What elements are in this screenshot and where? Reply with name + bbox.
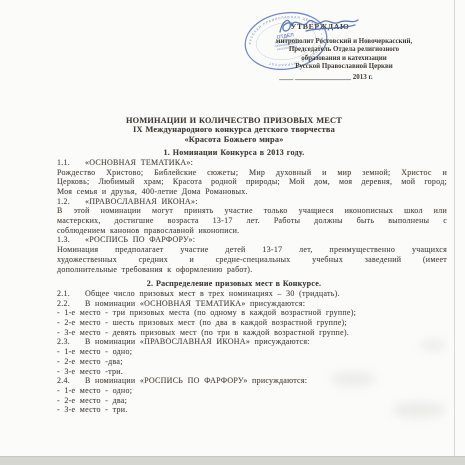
doc-text-line: Номинация предполагает участие детей 13-…: [57, 245, 447, 255]
clause-number: 2.1.: [57, 289, 70, 299]
clause-number: 1.1.: [57, 158, 70, 168]
doc-text-line: соблюдением канонов православной иконопи…: [57, 226, 447, 236]
clause-text: «ОСНОВНАЯ ТЕМАТИКА»:: [85, 158, 193, 167]
scan-page-bottom-edge: [0, 456, 465, 465]
doc-clause-line: 2.4.В номинации «РОСПИСЬ ПО ФАРФОРУ» при…: [57, 376, 447, 386]
signature-scribble-icon: [276, 14, 360, 40]
doc-text-line: мастерских, достигшие возраста 13-17 лет…: [57, 216, 447, 226]
doc-heading-line: 1. Номинации Конкурса в 2013 году.: [57, 148, 411, 158]
clause-text: «ПРАВОСЛАВНАЯ ИКОНА»:: [85, 197, 198, 206]
doc-clause-line: 2.3.В номинации «ПРАВОСЛАВНАЯ ИКОНА» при…: [57, 337, 447, 347]
doc-heading-line: IX Международного конкурса детского твор…: [57, 125, 411, 134]
document-body: НОМИНАЦИИ И КОЛИЧЕСТВО ПРИЗОВЫХ МЕСТIX М…: [57, 116, 447, 415]
signatory-line: Председатель Отдела религиозного: [230, 46, 458, 54]
clause-number: 2.4.: [57, 376, 70, 386]
doc-text-line: - 3-е место - три.: [57, 405, 447, 415]
doc-clause-line: 2.1.Общее число призовых мест в трех ном…: [57, 289, 447, 299]
doc-clause-line: 1.1.«ОСНОВНАЯ ТЕМАТИКА»:: [57, 158, 447, 168]
doc-text-line: - 2-е место - шесть призовых мест (по дв…: [57, 318, 447, 328]
doc-text-line: Церковь; Любимый храм; Красота родной пр…: [57, 177, 447, 187]
doc-text-line: - 1-е место - одно;: [57, 386, 447, 396]
scan-smudge: [330, 372, 376, 386]
doc-text-line: - 2-е место - два;: [57, 396, 447, 406]
clause-text: В номинации «РОСПИСЬ ПО ФАРФОРУ» присужд…: [85, 376, 307, 385]
clause-text: В номинации «ПРАВОСЛАВНАЯ ИКОНА» присужд…: [85, 337, 310, 346]
signatory-line: образования и катехизации: [230, 55, 458, 63]
doc-clause-line: 1.2.«ПРАВОСЛАВНАЯ ИКОНА»:: [57, 197, 447, 207]
scan-smudge: [392, 402, 446, 418]
approval-date-line: ____ ________________ 2013 г.: [250, 73, 402, 81]
clause-number: 1.2.: [57, 197, 70, 207]
scanned-document-page: УТВЕРЖДАЮ РУССКАЯ ПРАВОСЛАВНАЯ ЦЕРКОВЬ •…: [0, 0, 465, 465]
doc-text-line: Рождество Христово; Библейские сюжеты; М…: [57, 168, 447, 178]
clause-number: 1.3.: [57, 235, 70, 245]
doc-text-line: - 3-е место - девять призовых мест (по т…: [57, 328, 447, 338]
clause-text: В номинации «ОСНОВНАЯ ТЕМАТИКА» присужда…: [85, 299, 305, 308]
doc-text-line: Моя семья и друзья, 400-летие Дома Роман…: [57, 187, 447, 197]
doc-text-line: художественных средних и средне-специаль…: [57, 255, 447, 265]
doc-text-line: - 3-е место -три.: [57, 367, 447, 377]
doc-heading-line: «Красота Божьего мира»: [57, 135, 411, 144]
doc-heading-line: 2. Распределение призовых мест в Конкурс…: [57, 279, 411, 289]
doc-text-line: В этой номинации могут принять участие т…: [57, 206, 447, 216]
clause-number: 2.3.: [57, 337, 70, 347]
doc-text-line: - 2-е место -два;: [57, 357, 447, 367]
signatory-title-lines: митрополит Ростовский и Новочеркасский,П…: [230, 38, 458, 72]
clause-number: 2.2.: [57, 299, 70, 309]
clause-text: «РОСПИСЬ ПО ФАРФОРУ»:: [85, 235, 195, 244]
doc-clause-line: 2.2.В номинации «ОСНОВНАЯ ТЕМАТИКА» прис…: [57, 299, 447, 309]
doc-text-line: дополнительные требования к оформлению р…: [57, 265, 447, 275]
doc-heading-line: НОМИНАЦИИ И КОЛИЧЕСТВО ПРИЗОВЫХ МЕСТ: [57, 116, 411, 125]
signatory-line: Русской Православной Церкви: [230, 63, 458, 71]
doc-text-line: - 1-е место - одно;: [57, 347, 447, 357]
clause-text: Общее число призовых мест в трех номинац…: [85, 289, 340, 298]
doc-clause-line: 1.3.«РОСПИСЬ ПО ФАРФОРУ»:: [57, 235, 447, 245]
doc-text-line: - 1-е место - три призовых места (по одн…: [57, 308, 447, 318]
approval-block: УТВЕРЖДАЮ РУССКАЯ ПРАВОСЛАВНАЯ ЦЕРКОВЬ •…: [230, 0, 458, 110]
scan-smudge: [420, 340, 446, 350]
